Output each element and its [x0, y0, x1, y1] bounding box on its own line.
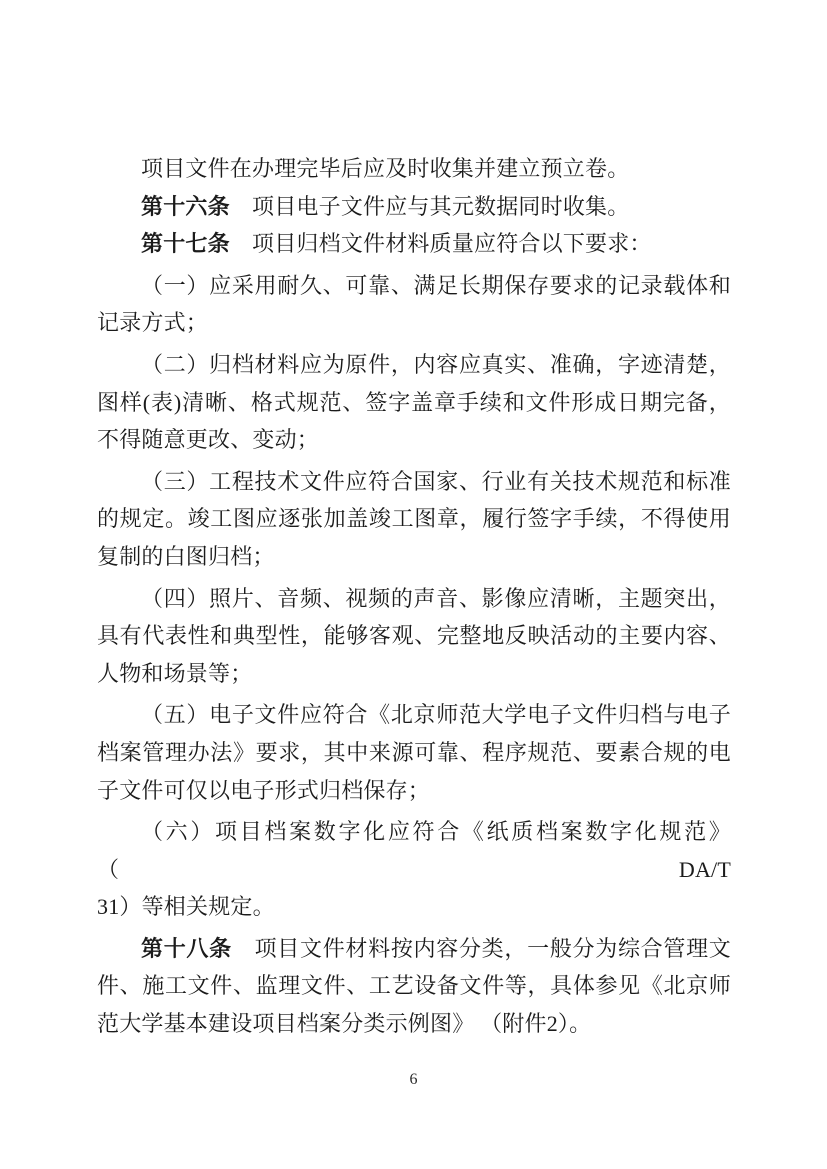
text-line: 具有代表性和典型性，能够客观、完整地反映活动的主要内容、 [97, 617, 731, 655]
document-page: 项目文件在办理完毕后应及时收集并建立预立卷。第十六条 项目电子文件应与其元数据同… [0, 0, 827, 1169]
text-line: 复制的白图归档； [97, 538, 731, 576]
text-line: 档案管理办法》要求，其中来源可靠、程序规范、要素合规的电 [97, 734, 731, 772]
page-number: 6 [0, 1070, 827, 1090]
article-number: 第十六条 [141, 194, 230, 219]
text-line: 范大学基本建设项目档案分类示例图》 （附件2）。 [97, 1005, 731, 1043]
text-line: 人物和场景等； [97, 655, 731, 693]
article-number: 第十八条 [141, 936, 232, 961]
article-heading-line: 第十七条 项目归档文件材料质量应符合以下要求： [97, 225, 731, 263]
article-heading-line: 第十六条 项目电子文件应与其元数据同时收集。 [97, 188, 731, 226]
article-heading-line: 第十八条 项目文件材料按内容分类，一般分为综合管理文 [97, 930, 731, 968]
text-line: 不得随意更改、变动； [97, 421, 731, 459]
text-line: （二）归档材料应为原件，内容应真实、准确，字迹清楚， [97, 346, 731, 384]
text-line: 的规定。竣工图应逐张加盖竣工图章，履行签字手续，不得使用 [97, 500, 731, 538]
text-line: 31）等相关规定。 [97, 888, 731, 926]
text-line: 图样(表)清晰、格式规范、签字盖章手续和文件形成日期完备， [97, 384, 731, 422]
text-line: 件、施工文件、监理文件、工艺设备文件等，具体参见《北京师 [97, 967, 731, 1005]
text-line: （六）项目档案数字化应符合《纸质档案数字化规范》（DA/T [97, 813, 731, 888]
document-body: 项目文件在办理完毕后应及时收集并建立预立卷。第十六条 项目电子文件应与其元数据同… [97, 150, 731, 1043]
article-number: 第十七条 [141, 231, 230, 256]
text-line: 子文件可仅以电子形式归档保存； [97, 772, 731, 810]
text-line: （五）电子文件应符合《北京师范大学电子文件归档与电子 [97, 696, 731, 734]
text-line: （一）应采用耐久、可靠、满足长期保存要求的记录载体和 [97, 267, 731, 305]
text-line: 记录方式； [97, 304, 731, 342]
text-line: （三）工程技术文件应符合国家、行业有关技术规范和标准 [97, 463, 731, 501]
text-line: 项目文件在办理完毕后应及时收集并建立预立卷。 [97, 150, 731, 188]
text-line: （四）照片、音频、视频的声音、影像应清晰，主题突出， [97, 580, 731, 618]
